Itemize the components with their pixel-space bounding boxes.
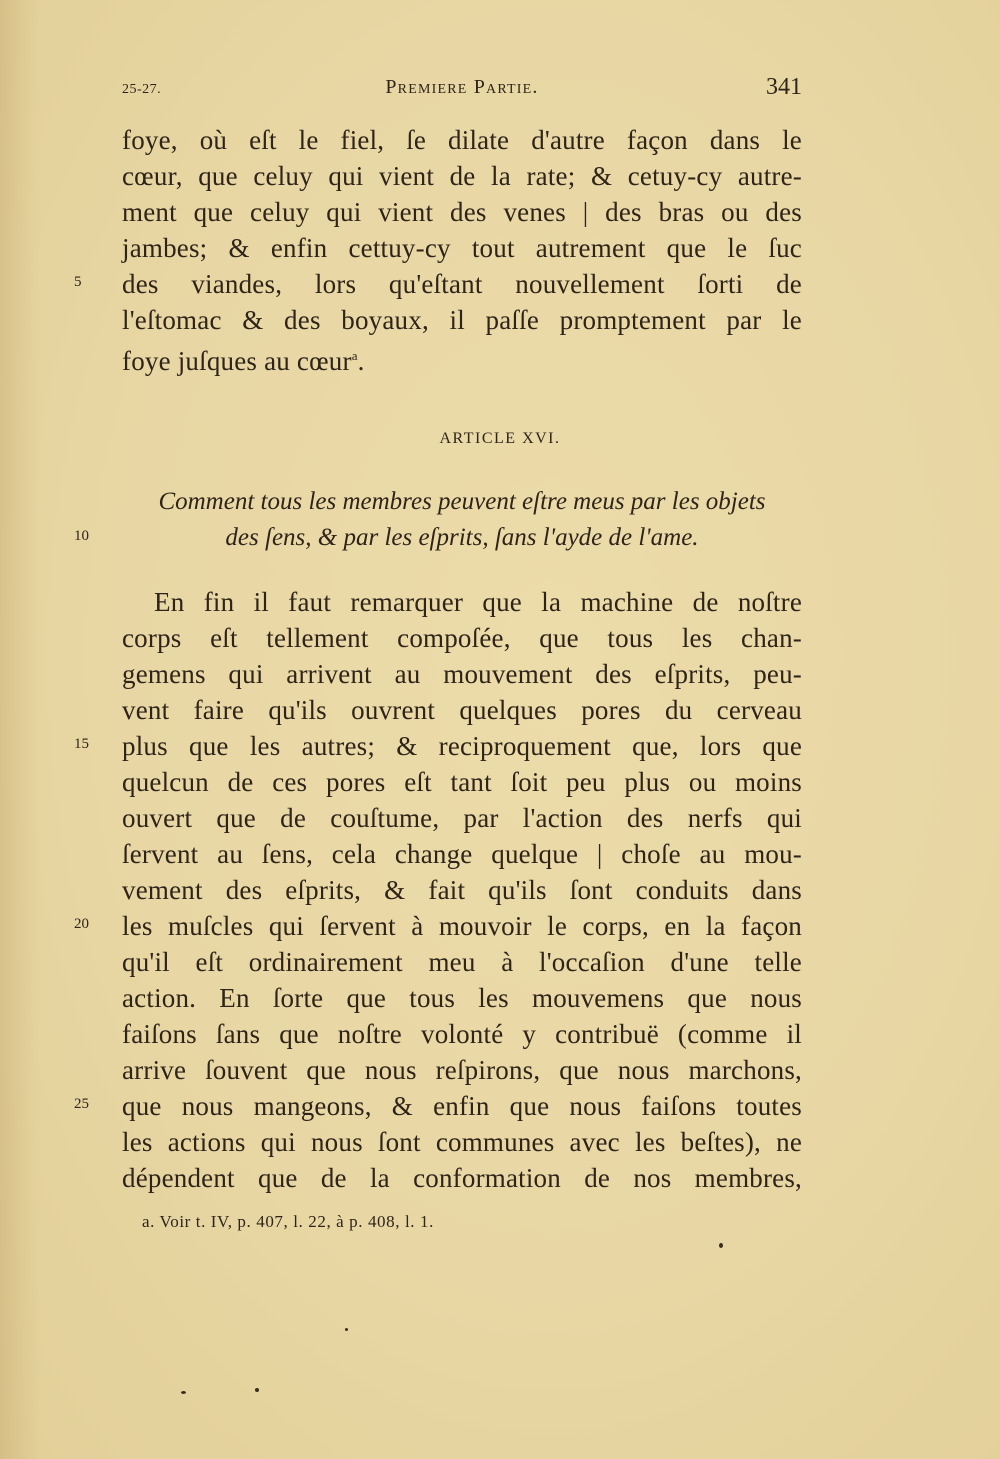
line-number: 10 <box>74 528 104 545</box>
page-number: 341 <box>766 74 802 101</box>
text-line: cœur, que celuy qui vient de la rate; & … <box>122 158 802 194</box>
article-heading: ARTICLE XVI. <box>0 430 1000 448</box>
text-line: jambes; & enfin cettuy-cy tout autrement… <box>122 230 802 266</box>
text-line: corps eſt tellement compoſée, que tous l… <box>122 620 802 656</box>
text-line: que nous mangeons, & enfin que nous faiſ… <box>122 1088 802 1124</box>
scan-speck <box>345 1328 348 1331</box>
text-line: dépendent que de la conformation de nos … <box>122 1160 802 1196</box>
footnote: a. Voir t. IV, p. 407, l. 22, à p. 408, … <box>142 1212 434 1232</box>
text-line: ſervent au ſens, cela change quelque | c… <box>122 836 802 872</box>
text-line: les muſcles qui ſervent à mouvoir le cor… <box>122 908 802 944</box>
text-line: gemens qui arrivent au mouvement des eſp… <box>122 656 802 692</box>
text-line: vement des eſprits, & fait qu'ils ſont c… <box>122 872 802 908</box>
text-line: arrive ſouvent que nous reſpirons, que n… <box>122 1052 802 1088</box>
text-line: ouvert que de couſtume, par l'action des… <box>122 800 802 836</box>
text-line: des viandes, lors qu'eſtant nouvellement… <box>122 266 802 302</box>
period: . <box>358 346 365 376</box>
text-line: En fin il faut remarquer que la machine … <box>154 584 802 620</box>
text-line: faiſons ſans que noſtre volonté y contri… <box>122 1016 802 1052</box>
line-number: 5 <box>74 274 104 291</box>
text-line: l'eſtomac & des boyaux, il paſſe prompte… <box>122 302 802 338</box>
text-line: les actions qui nous ſont communes avec … <box>122 1124 802 1160</box>
text: foye juſques au cœur <box>122 346 352 376</box>
scan-speck <box>255 1388 259 1392</box>
text-line-last: foye juſques au cœura. <box>122 338 802 374</box>
page-edge-shadow <box>0 0 40 1459</box>
text-line: vent faire qu'ils ouvrent quelques pores… <box>122 692 802 728</box>
text-line: action. En ſorte que tous les mouvemens … <box>122 980 802 1016</box>
text-line: qu'il eſt ordinairement meu à l'occaſion… <box>122 944 802 980</box>
line-number: 20 <box>74 916 104 933</box>
part-title: Premiere Partie. <box>122 76 802 99</box>
running-head: 25-27. Premiere Partie. 341 <box>122 76 802 106</box>
scan-speck <box>719 1243 723 1248</box>
article-subtitle-line: des ſens, & par les eſprits, ſans l'ayde… <box>122 520 802 556</box>
line-number: 25 <box>74 1096 104 1113</box>
scan-speck <box>181 1391 186 1394</box>
text-line: quelcun de ces pores eſt tant ſoit peu p… <box>122 764 802 800</box>
article-subtitle-line: Comment tous les membres peuvent eſtre m… <box>122 484 802 520</box>
text-line: plus que les autres; & reciproquement qu… <box>122 728 802 764</box>
line-number: 15 <box>74 736 104 753</box>
text-line: ment que celuy qui vient des venes | des… <box>122 194 802 230</box>
text-line: foye, où eſt le fiel, ſe dilate d'autre … <box>122 122 802 158</box>
